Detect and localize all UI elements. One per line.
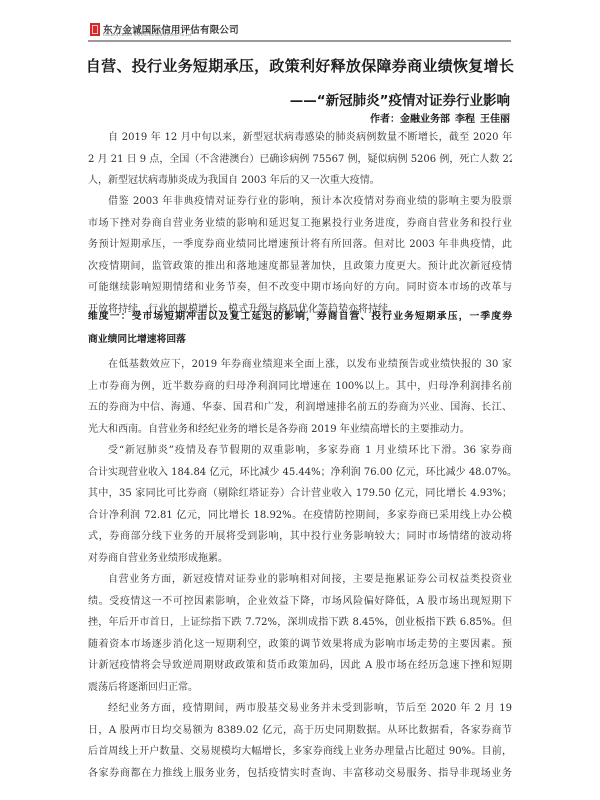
text-line: 次疫情期间，监管政策的推出和落地速度都显著加快，且政策力度更大。预计此次新冠疫情 bbox=[88, 256, 512, 278]
document-title: 自营、投行业务短期承压，政策利好释放保障券商业绩恢复增长 bbox=[0, 55, 600, 76]
text-line: 随着资本市场逐步消化这一短期利空，政策的调节效果将成为影响市场走势的主要因素。预 bbox=[88, 634, 512, 656]
paragraph-intro: 自 2019 年 12 月中旬以来，新型冠状病毒感染的肺炎病例数量不断增长，截至… bbox=[88, 127, 512, 192]
author-department: 金融业务部 bbox=[400, 114, 450, 125]
heading-line: 商业绩同比增速将回落 bbox=[88, 328, 512, 351]
author-line: 作者：金融业务部李程王佳丽 bbox=[370, 110, 510, 125]
text-line: 后首周线上开户数量、交易规模均大幅增长，多家券商线上业务办理量占比超过 90%。… bbox=[88, 741, 512, 763]
heading-line: 维度一：受市场短期冲击以及复工延迟的影响，券商自营、投行业务短期承压，一季度券 bbox=[88, 305, 512, 328]
text-line: 合计净利润 72.81 亿元，同比增长 18.92%。在疫情防控期间，多家券商已… bbox=[88, 505, 512, 527]
paragraph-brokerage: 经纪业务方面，疫情期间，两市股基交易业务并未受到影响，节后至 2020 年 2 … bbox=[88, 698, 512, 784]
text-line: 五的券商为中信、海通、华泰、国君和广发，利润增速排名前五的券商为兴业、国海、长江… bbox=[88, 397, 512, 419]
text-line: 上市券商为例，近半数券商的归母净利润同比增速在 100%以上。其中，归母净利润排… bbox=[88, 376, 512, 398]
author-name: 王佳丽 bbox=[480, 114, 510, 125]
text-line: 计新冠疫情将会导致逆周期财政政策和货币政策加码，因此 A 股市场在经历急速下挫和… bbox=[88, 655, 512, 677]
text-line: 挫，年后开市首日，上证综指下跌 7.72%，深圳成指下跌 8.45%，创业板指下… bbox=[88, 612, 512, 634]
paragraph-proprietary-trading: 自营业务方面，新冠疫情对证券业的影响相对间接，主要是拖累证券公司权益类投资业 绩… bbox=[88, 569, 512, 698]
document-subtitle: ——“新冠肺炎”疫情对证券行业影响 bbox=[290, 89, 510, 109]
text-line: 对券商自营业务业绩形成拖累。 bbox=[88, 548, 512, 570]
text-line: 借鉴 2003 年非典疫情对证券行业的影响，预计本次疫情对券商业绩的影响主要为股… bbox=[88, 191, 512, 213]
author-name: 李程 bbox=[455, 114, 475, 125]
text-line: 震荡后将逐渐回归正常。 bbox=[88, 677, 512, 699]
text-line: 光大和西南。自营业务和经纪业务的增长是各券商 2019 年业绩高增长的主要推动力… bbox=[88, 419, 512, 441]
paragraph-january-performance: 受“新冠肺炎”疫情及春节假期的双重影响，多家券商 1 月业绩环比下滑。36 家券… bbox=[88, 440, 512, 569]
text-line: 自 2019 年 12 月中旬以来，新型冠状病毒感染的肺炎病例数量不断增长，截至… bbox=[88, 127, 512, 149]
text-line: 式，券商部分线下业务的开展将受到影响，其中投行业务影响较大；同时市场情绪的波动将 bbox=[88, 526, 512, 548]
text-line: 绩。受疫情这一不可控因素影响，企业效益下降，市场风险偏好降低，A 股市场出现短期… bbox=[88, 591, 512, 613]
paragraph-summary: 借鉴 2003 年非典疫情对证券行业的影响，预计本次疫情对券商业绩的影响主要为股… bbox=[88, 191, 512, 320]
text-line: 各家券商都在力推线上服务业务，包括疫情实时查询、丰富移动交易服务、指导非现场业务 bbox=[88, 763, 512, 785]
text-line: 人，新型冠状病毒肺炎成为我国自 2003 年后的又一次重大疫情。 bbox=[88, 170, 512, 192]
text-line: 可能继续影响短期情绪和业务节奏，但不改变中期市场向好的方向。同时资本市场的改革与 bbox=[88, 277, 512, 299]
text-line: 市场下挫对券商自营业务业绩的影响和延迟复工拖累投行业务进度，券商自营业务和投行业 bbox=[88, 213, 512, 235]
company-logo-icon bbox=[90, 23, 100, 36]
paragraph-2019-performance: 在低基数效应下，2019 年券商业绩迎来全面上涨，以发布业绩预告或业绩快报的 3… bbox=[88, 354, 512, 440]
text-line: 2 月 21 日 9 点，全国（不含港澳台）已确诊病例 75567 例，疑似病例… bbox=[88, 149, 512, 171]
text-line: 经纪业务方面，疫情期间，两市股基交易业务并未受到影响，节后至 2020 年 2 … bbox=[88, 698, 512, 720]
text-line: 自营业务方面，新冠疫情对证券业的影响相对间接，主要是拖累证券公司权益类投资业 bbox=[88, 569, 512, 591]
text-line: 合计实现营业收入 184.84 亿元，环比减少 45.44%；净利润 76.00… bbox=[88, 462, 512, 484]
section-heading-dimension-one: 维度一：受市场短期冲击以及复工延迟的影响，券商自营、投行业务短期承压，一季度券 … bbox=[88, 305, 512, 351]
company-name-en: GOLDEN CREDIT RATING INTERNATIONAL Co.,L… bbox=[103, 33, 192, 37]
text-line: 日，A 股两市日均交易额为 8389.02 亿元，高于历史同期数据。从环比数据看… bbox=[88, 720, 512, 742]
page-header: 东方金诚国际信用评估有限公司 GOLDEN CREDIT RATING INTE… bbox=[88, 22, 511, 42]
header-divider bbox=[88, 40, 511, 42]
text-line: 其中，35 家同比可比券商（剔除红塔证券）合计营业收入 179.50 亿元，同比… bbox=[88, 483, 512, 505]
text-line: 受“新冠肺炎”疫情及春节假期的双重影响，多家券商 1 月业绩环比下滑。36 家券… bbox=[88, 440, 512, 462]
text-line: 务预计短期承压，一季度券商业绩同比增速预计将有所回落。但对比 2003 年非典疫… bbox=[88, 234, 512, 256]
text-line: 在低基数效应下，2019 年券商业绩迎来全面上涨，以发布业绩预告或业绩快报的 3… bbox=[88, 354, 512, 376]
author-label: 作者： bbox=[370, 114, 400, 125]
